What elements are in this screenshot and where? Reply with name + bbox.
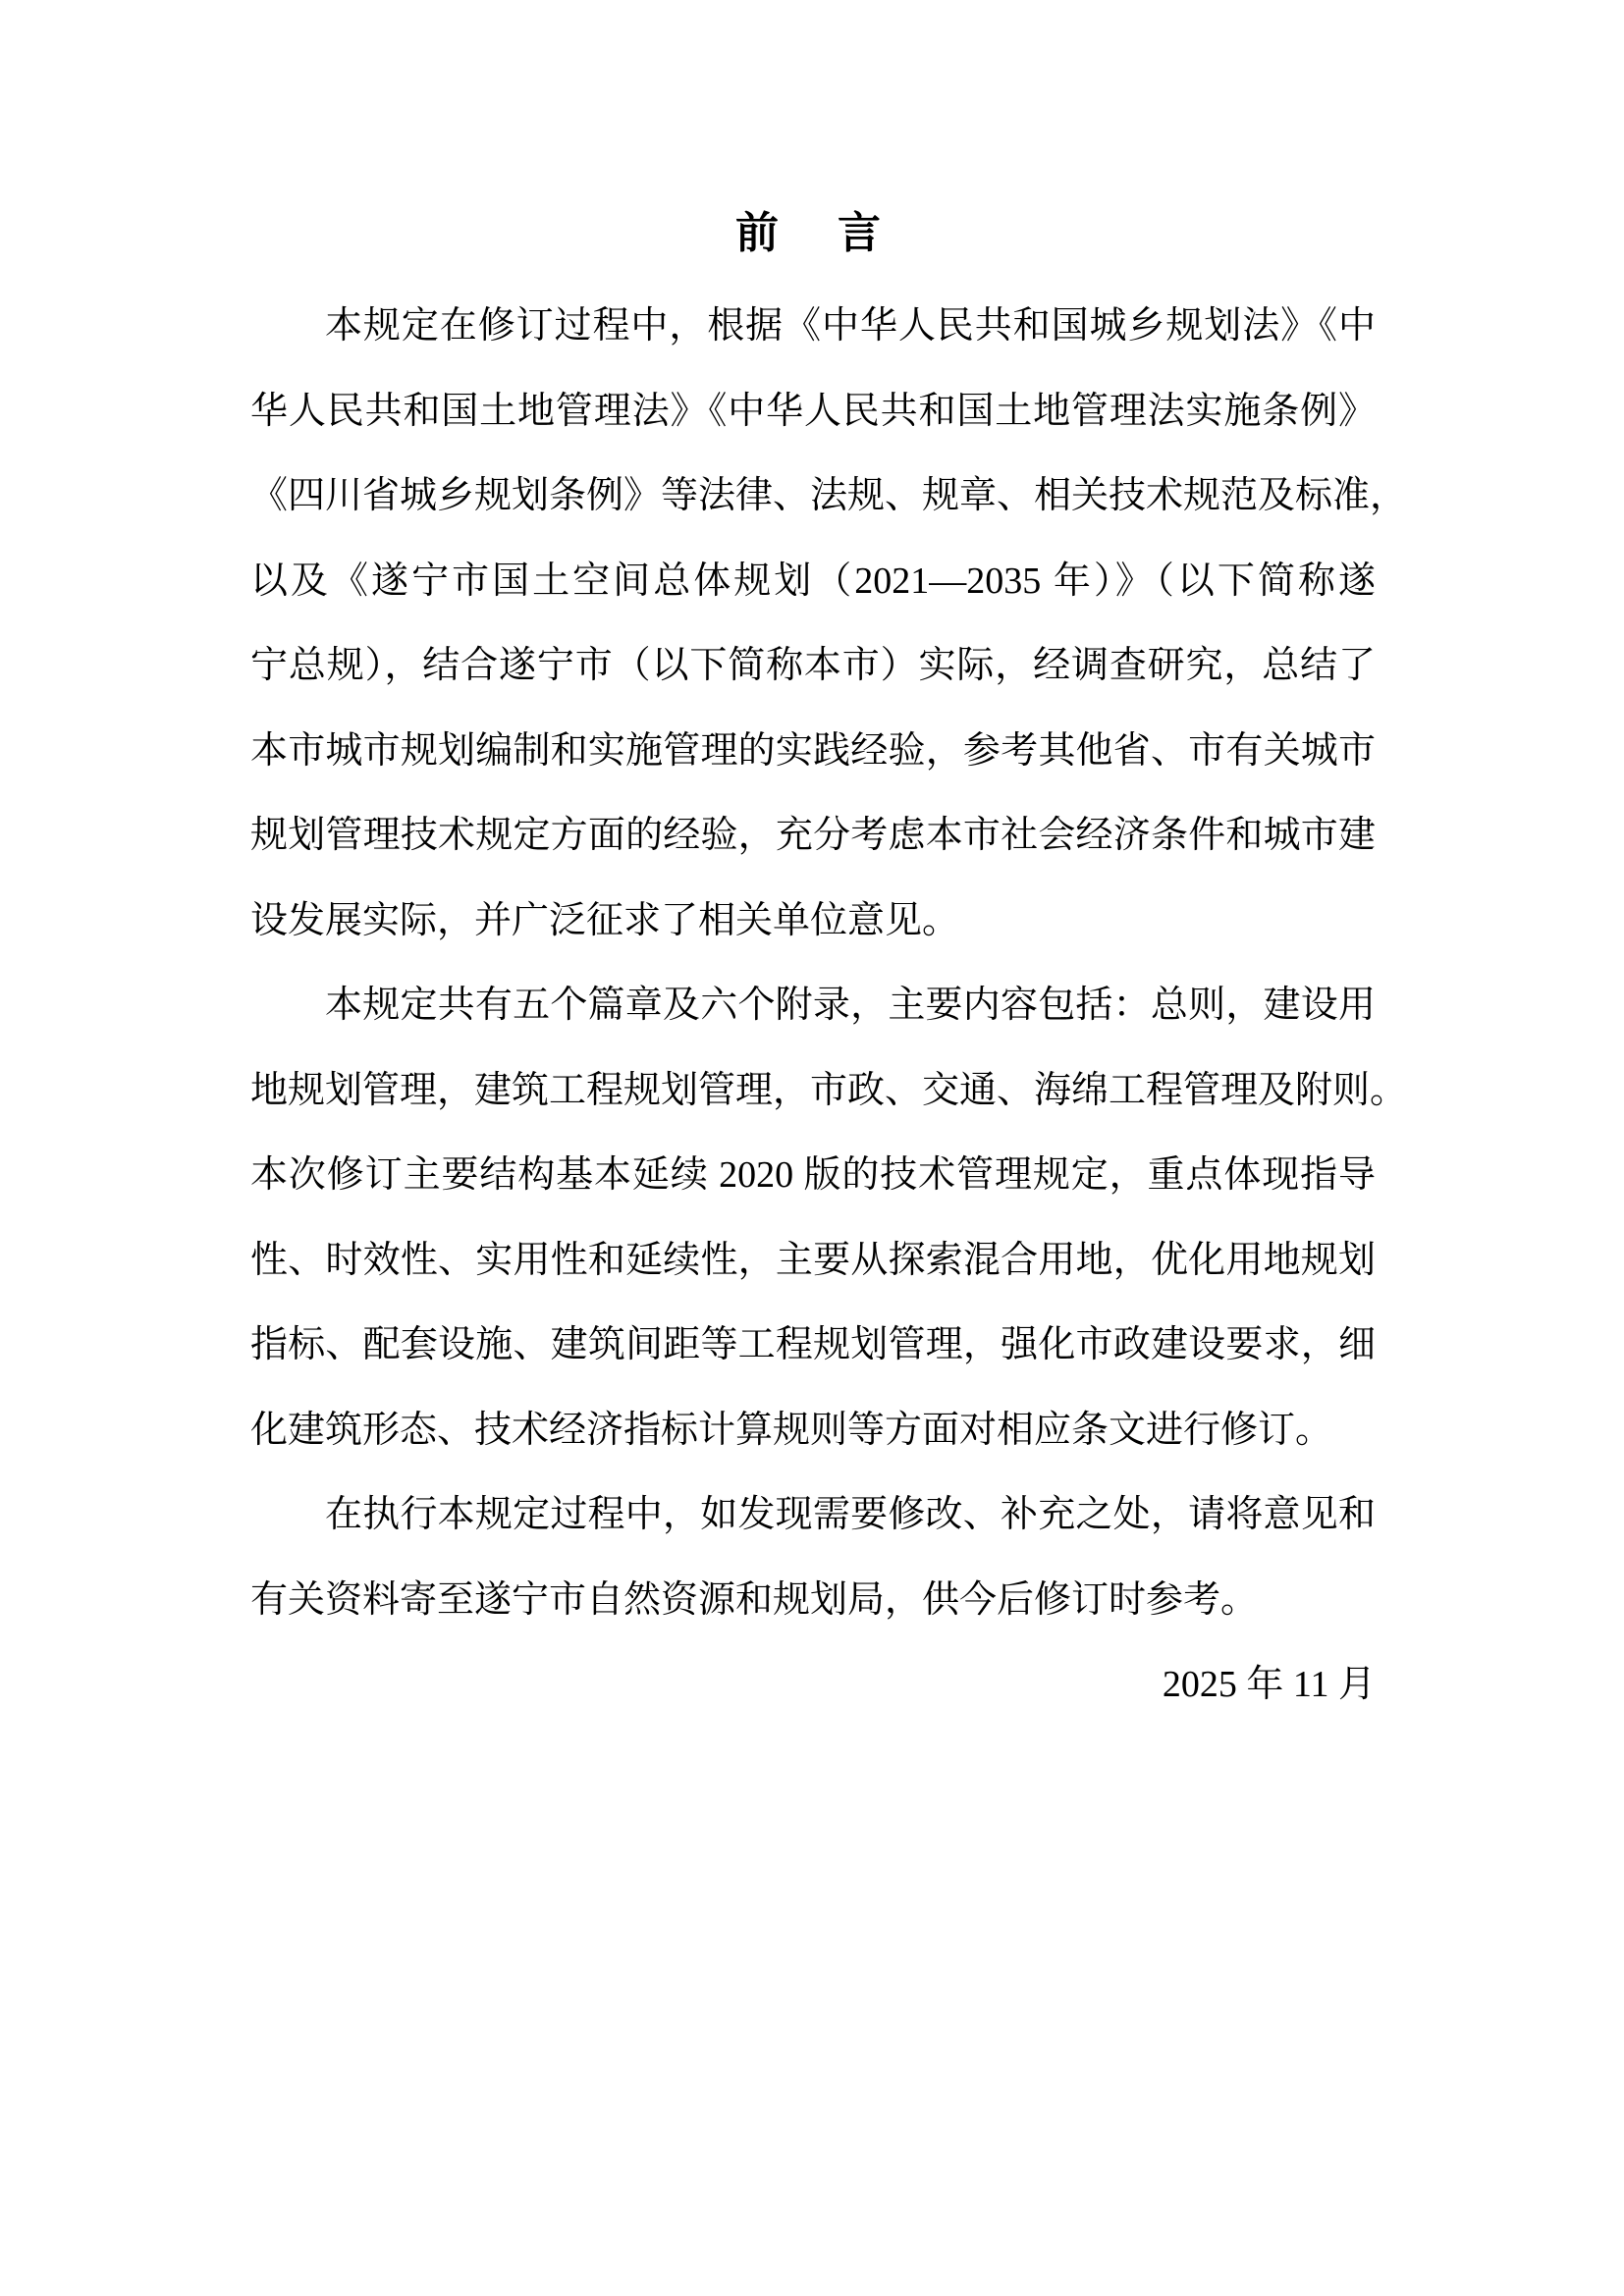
text-line: 性、时效性、实用性和延续性，主要从探索混合用地，优化用地规划 <box>250 1218 1376 1304</box>
page-title: 前 言 <box>0 210 1624 257</box>
text-line: 指标、配套设施、建筑间距等工程规划管理，强化市政建设要求，细 <box>250 1303 1376 1388</box>
text-line: 在执行本规定过程中，如发现需要修改、补充之处，请将意见和 <box>250 1472 1376 1558</box>
text-line: 宁总规），结合遂宁市（以下简称本市）实际，经调查研究，总结了 <box>250 623 1376 709</box>
text-line: 本规定共有五个篇章及六个附录，主要内容包括：总则，建设用 <box>250 963 1376 1048</box>
text-line: 本市城市规划编制和实施管理的实践经验，参考其他省、市有关城市 <box>250 709 1376 794</box>
text-line: 设发展实际，并广泛征求了相关单位意见。 <box>250 879 1376 964</box>
paragraph: 本规定在修订过程中，根据《中华人民共和国城乡规划法》《中华人民共和国土地管理法》… <box>250 284 1376 963</box>
document-body: 本规定在修订过程中，根据《中华人民共和国城乡规划法》《中华人民共和国土地管理法》… <box>250 284 1376 1728</box>
paragraphs-container: 本规定在修订过程中，根据《中华人民共和国城乡规划法》《中华人民共和国土地管理法》… <box>250 284 1376 1642</box>
text-line: 华人民共和国土地管理法》《中华人民共和国土地管理法实施条例》 <box>250 369 1376 454</box>
text-line: 本规定在修订过程中，根据《中华人民共和国城乡规划法》《中 <box>250 284 1376 369</box>
paragraph: 本规定共有五个篇章及六个附录，主要内容包括：总则，建设用地规划管理，建筑工程规划… <box>250 963 1376 1472</box>
text-line: 规划管理技术规定方面的经验，充分考虑本市社会经济条件和城市建 <box>250 793 1376 879</box>
date-line: 2025 年 11 月 <box>250 1642 1376 1728</box>
text-line: 有关资料寄至遂宁市自然资源和规划局，供今后修订时参考。 <box>250 1558 1376 1643</box>
text-line: 化建筑形态、技术经济指标计算规则等方面对相应条文进行修订。 <box>250 1388 1376 1473</box>
document-page: 前 言 本规定在修订过程中，根据《中华人民共和国城乡规划法》《中华人民共和国土地… <box>0 0 1624 2296</box>
text-line: 地规划管理，建筑工程规划管理，市政、交通、海绵工程管理及附则。 <box>250 1048 1376 1134</box>
paragraph: 在执行本规定过程中，如发现需要修改、补充之处，请将意见和有关资料寄至遂宁市自然资… <box>250 1472 1376 1642</box>
text-line: 本次修订主要结构基本延续 2020 版的技术管理规定，重点体现指导 <box>250 1133 1376 1218</box>
text-line: 《四川省城乡规划条例》等法律、法规、规章、相关技术规范及标准， <box>250 454 1376 539</box>
text-line: 以及《遂宁市国土空间总体规划（2021—2035 年）》（以下简称遂 <box>250 539 1376 624</box>
